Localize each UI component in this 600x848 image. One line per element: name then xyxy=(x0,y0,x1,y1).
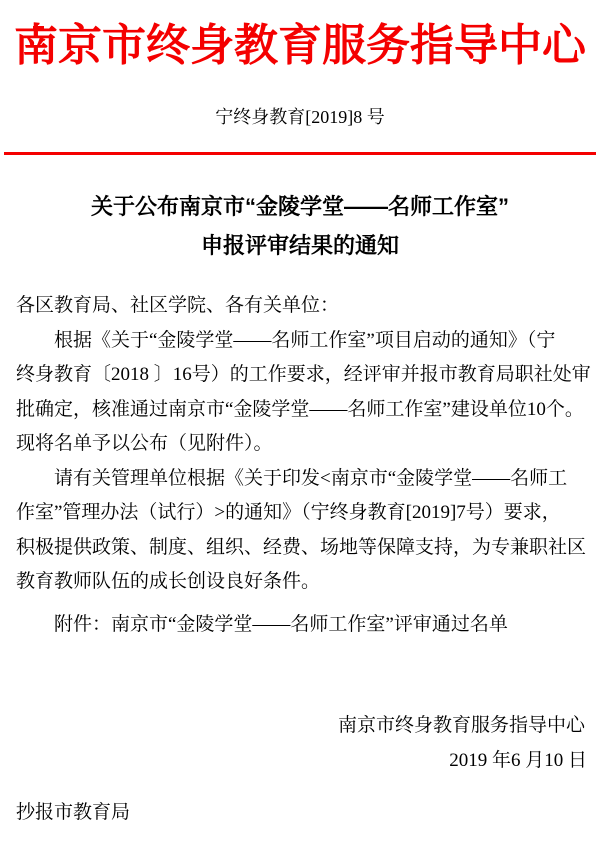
attachment-line: 附件：南京市“金陵学堂——名师工作室”评审通过名单 xyxy=(16,608,584,643)
signature-date: 2019 年6 月10 日 xyxy=(0,743,600,778)
notice-title-line1: 关于公布南京市“金陵学堂——名师工作室” xyxy=(0,187,600,226)
org-header-title: 南京市终身教育服务指导中心 xyxy=(0,16,600,76)
notice-body: 各区教育局、社区学院、各有关单位： 根据《关于“金陵学堂——名师工作室”项目启动… xyxy=(16,289,584,600)
body-line: 批确定，核准通过南京市“金陵学堂——名师工作室”建设单位10个。 xyxy=(16,393,584,428)
body-line: 积极提供政策、制度、组织、经费、场地等保障支持，为专兼职社区 xyxy=(16,531,584,566)
notice-title-line2: 申报评审结果的通知 xyxy=(0,226,600,265)
copy-to-line: 抄报市教育局 xyxy=(16,796,600,830)
document-page: 南京市终身教育服务指导中心 宁终身教育[2019]8 号 关于公布南京市“金陵学… xyxy=(0,0,600,848)
body-line: 教育教师队伍的成长创设良好条件。 xyxy=(16,565,584,600)
document-number: 宁终身教育[2019]8 号 xyxy=(0,106,600,128)
red-separator-line xyxy=(4,152,596,155)
salutation: 各区教育局、社区学院、各有关单位： xyxy=(16,289,584,324)
red-artifact-mark xyxy=(33,26,44,29)
signature-block: 南京市终身教育服务指导中心 2019 年6 月10 日 xyxy=(0,708,600,778)
body-line: 终身教育〔2018 〕16号）的工作要求，经评审并报市教育局职社处审 xyxy=(16,358,584,393)
signature-org: 南京市终身教育服务指导中心 xyxy=(0,708,600,743)
body-line: 根据《关于“金陵学堂——名师工作室”项目启动的通知》（宁 xyxy=(16,324,584,359)
body-line: 请有关管理单位根据《关于印发<南京市“金陵学堂——名师工 xyxy=(16,462,584,497)
notice-title: 关于公布南京市“金陵学堂——名师工作室” 申报评审结果的通知 xyxy=(0,187,600,265)
body-line: 作室”管理办法（试行）>的通知》（宁终身教育[2019]7号）要求， xyxy=(16,496,584,531)
body-line: 现将名单予以公布（见附件）。 xyxy=(16,427,584,462)
